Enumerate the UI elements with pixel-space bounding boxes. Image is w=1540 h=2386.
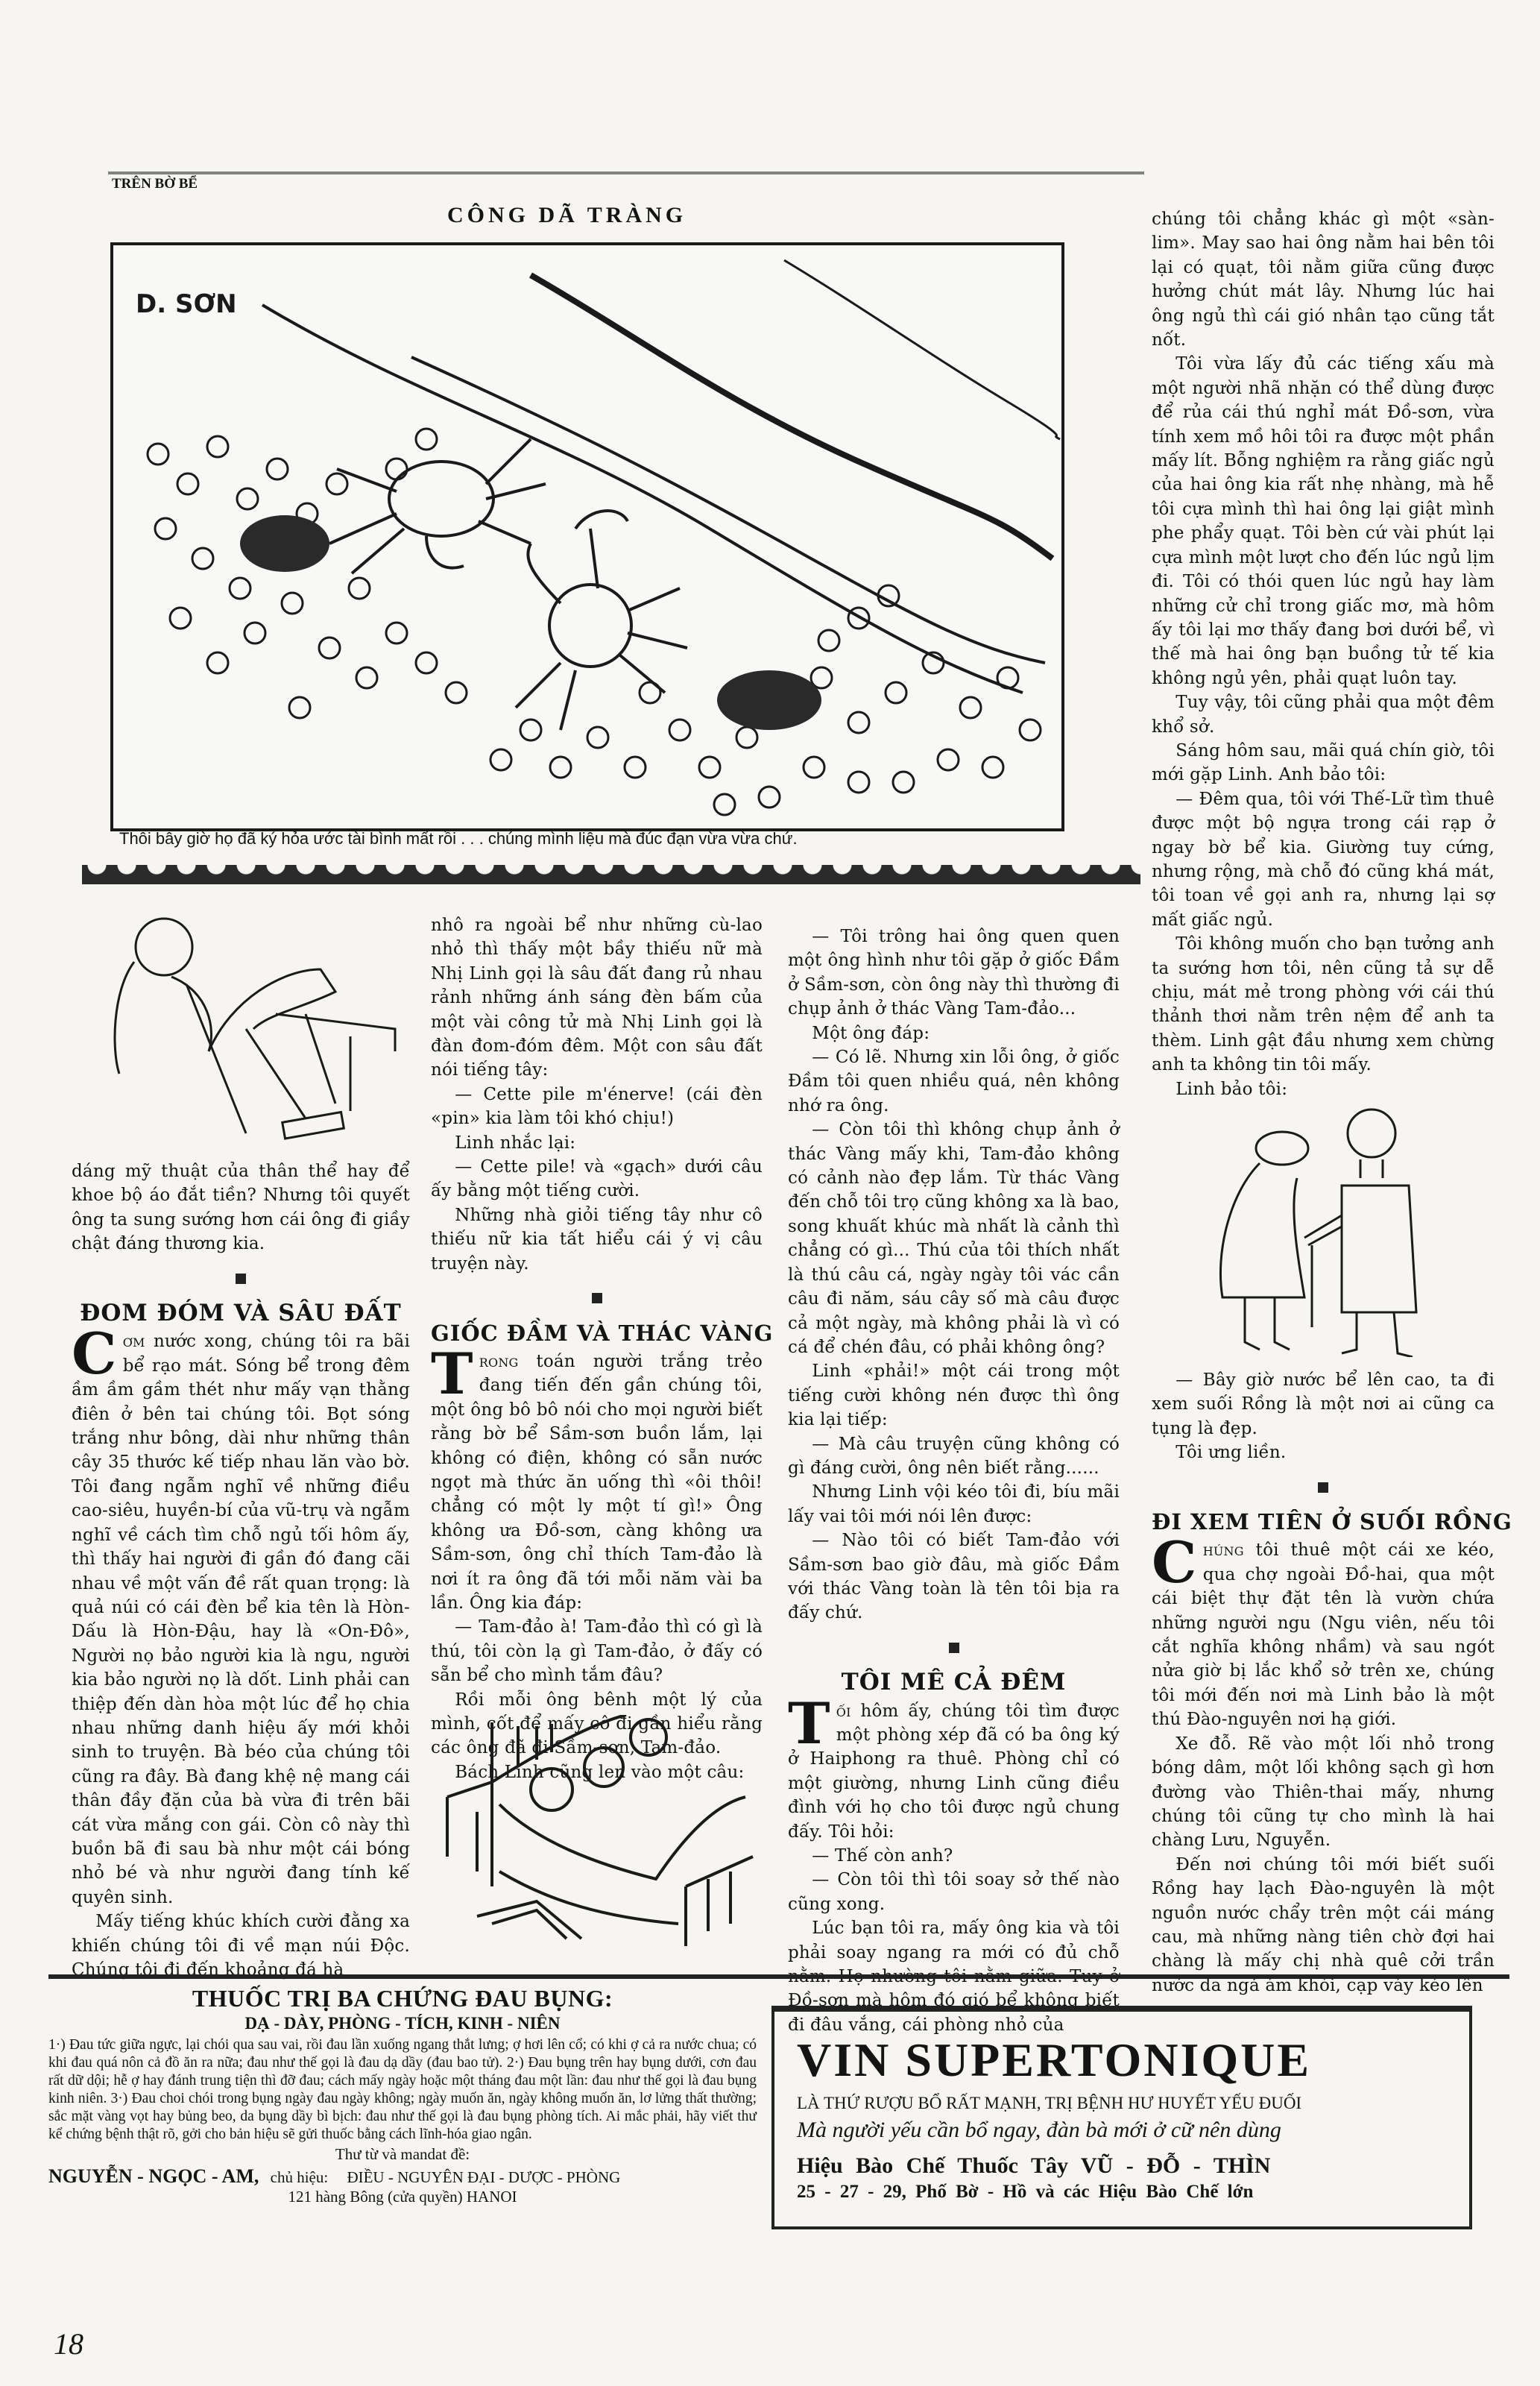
column-4: chúng tôi chẳng khác gì một «sàn-lim». M… [1152,207,1495,1101]
ad-stomach-medicine: THUỐC TRỊ BA CHỨNG ĐAU BỤNG: DẠ - DÀY, P… [48,1985,757,2206]
section-title-dom-dom: ĐOM ĐÓM VÀ SÂU ĐẤT [72,1301,410,1325]
section-label: TRÊN BỜ BỂ [112,176,198,192]
cartoon-title: CÔNG DÃ TRÀNG [447,203,687,228]
ad-right-maker: Hiệu Bào Chế Thuốc Tây VŨ - ĐỖ - THÌN [797,2153,1469,2179]
cartoon-caption: Thôi bây giờ họ đã ký hỏa ước tài bình m… [119,829,947,849]
ad-left-subhead: DẠ - DÀY, PHÒNG - TÍCH, KINH - NIÊN [48,2014,757,2033]
cartoon-signature: D. SƠN [136,289,237,319]
column-4-continued: — Bây giờ nước bể lên cao, ta đi xem suố… [1152,1368,1495,1998]
cartoon-crabs-illustration: D. SƠN [110,242,1064,831]
illustration-man-chair [82,902,410,1141]
dropcap: C [72,1331,117,1377]
ad-left-owner-name: NGUYỄN - NGỌC - AM, [48,2165,259,2187]
ad-left-address: 121 hàng Bông (cửa quyền) HANOI [48,2188,757,2206]
section-title-suoi-rong: ĐI XEM TIÊN Ở SUỐI RỒNG [1152,1510,1495,1534]
dropcap: T [431,1351,473,1397]
ad-right-tagline: LÀ THỨ RƯỢU BỔ RẤT MẠNH, TRỊ BỆNH HƯ HUY… [797,2094,1469,2113]
illustration-men-in-bed [417,1715,760,1954]
dropcap: C [1152,1540,1197,1586]
crab-right [516,511,687,730]
ornament [788,1637,1120,1661]
ornament [72,1268,410,1292]
wavy-divider [82,865,1140,884]
page-number: 18 [54,2326,83,2361]
header-rule [108,171,1144,174]
ad-right-address: 25 - 27 - 29, Phố Bờ - Hồ và các Hiệu Bà… [797,2182,1469,2203]
column-1: dáng mỹ thuật của thân thể hay để khoe b… [72,1159,410,1982]
ornament [431,1288,763,1312]
illustration-two-women [1200,1104,1468,1357]
column-3: — Tôi trông hai ông quen quen một ông hì… [788,925,1120,2037]
section-title-toi-me: TÔI MÊ CẢ ĐÊM [788,1670,1120,1694]
ad-right-brand: VIN SUPERTONIQUE [797,2033,1469,2088]
ad-left-owner-line: NGUYỄN - NGỌC - AM, chủ hiệu: ĐIỀU - NGU… [48,2165,757,2188]
section-title-gioc-dam: GIỐC ĐẦM VÀ THÁC VÀNG [431,1321,763,1345]
ad-right-tagline-italic: Mà người yếu cần bổ ngay, đàn bà mới ở c… [797,2118,1469,2143]
ads-divider [48,1974,1509,1979]
ad-left-body: 1·) Đau tức giữa ngực, lại chói qua sau … [48,2036,757,2144]
col1-intro: dáng mỹ thuật của thân thể hay để khoe b… [72,1159,410,1256]
ad-left-headline: THUỐC TRỊ BA CHỨNG ĐAU BỤNG: [48,1985,757,2012]
ad-vin-supertonique: VIN SUPERTONIQUE LÀ THỨ RƯỢU BỔ RẤT MẠNH… [771,2006,1472,2229]
col1-para-2: Mấy tiếng khúc khích cười đằng xa khiến … [72,1910,410,1982]
dropcap: T [788,1701,830,1747]
ornament [1152,1477,1495,1501]
column-2: nhô ra ngoài bể như những cù-lao nhỏ thì… [431,913,763,1784]
crab-left [329,439,546,573]
beach-crabs-drawing: D. SƠN [113,245,1061,828]
col1-para-1: Cơm nước xong, chúng tôi ra bãi bể rạo m… [72,1329,410,1910]
ad-left-mail-line: Thư từ và mandat đề: [48,2145,757,2164]
